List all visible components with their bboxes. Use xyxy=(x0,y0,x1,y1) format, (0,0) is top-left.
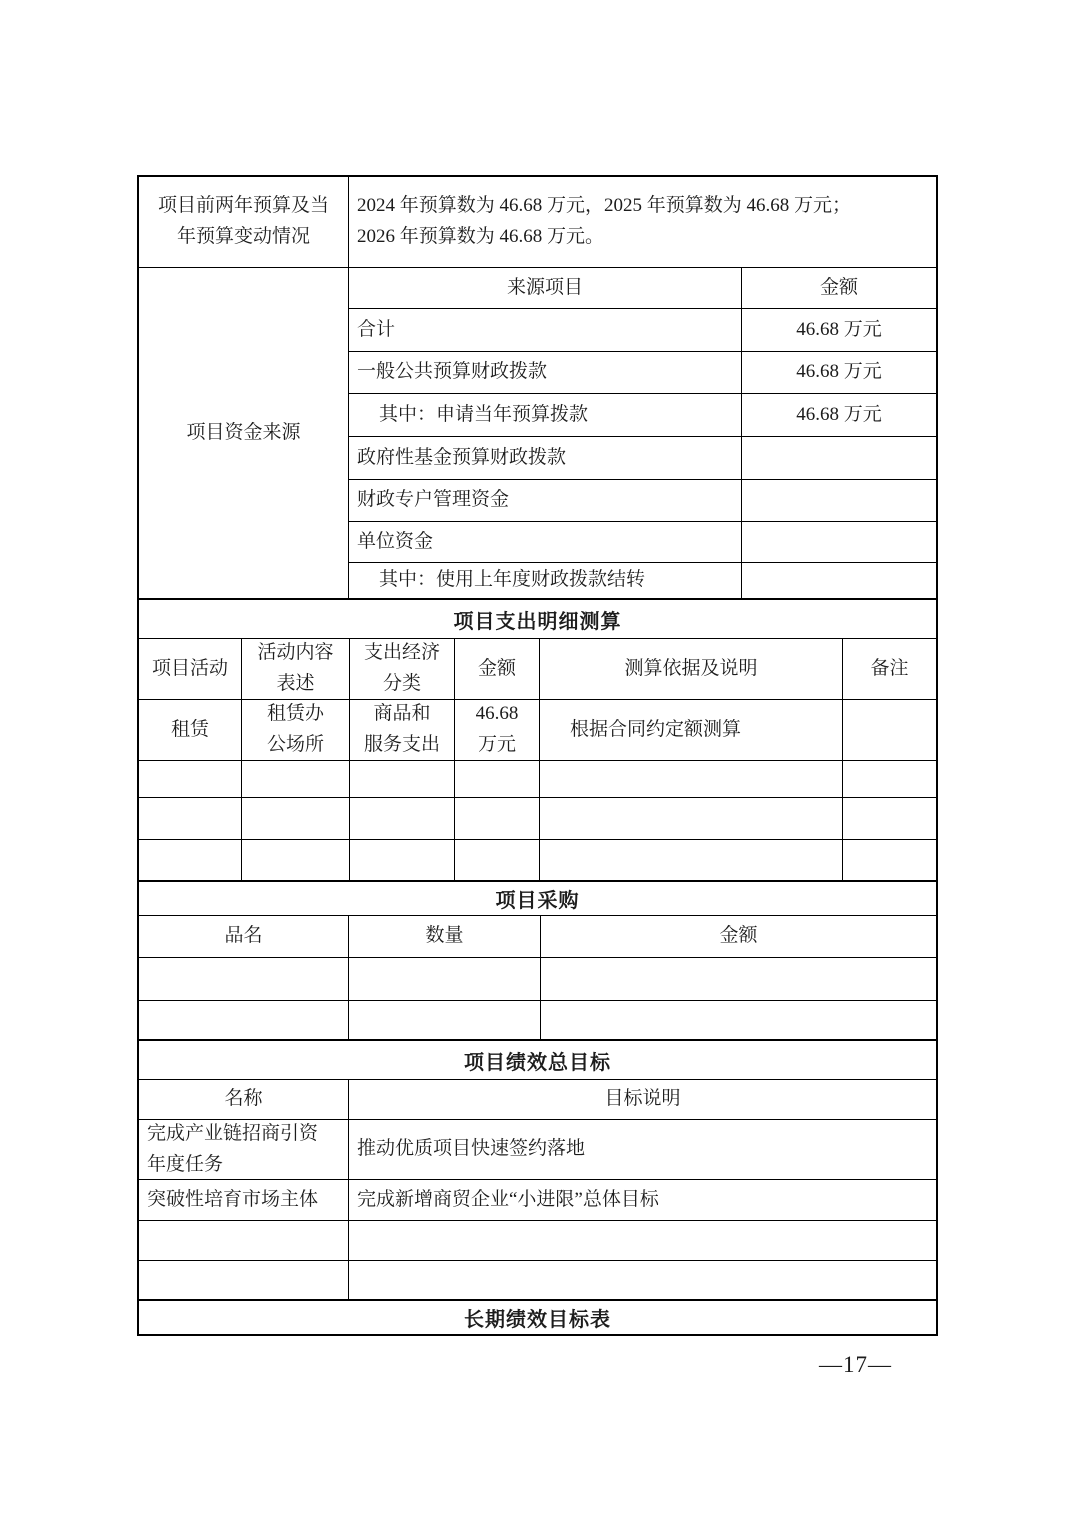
funding-row-total: 合计 46.68 万元 xyxy=(349,308,936,351)
performance-goal-desc: 推动优质项目快速签约落地 xyxy=(349,1120,936,1179)
expense-activity: 租赁 xyxy=(139,700,242,760)
procurement-item-amount xyxy=(541,1001,936,1039)
page-number: —17— xyxy=(819,1352,892,1378)
expense-note xyxy=(843,700,936,760)
expense-amount xyxy=(455,840,540,880)
performance-goal-name xyxy=(139,1221,349,1260)
expense-detail-row xyxy=(139,760,936,797)
expense-header-category: 支出经济 分类 xyxy=(350,639,455,699)
expense-detail-row xyxy=(139,797,936,839)
procurement-header-row: 品名 数量 金额 xyxy=(139,915,936,957)
performance-row xyxy=(139,1260,936,1299)
expense-note xyxy=(843,798,936,839)
funding-row-special-account: 财政专户管理资金 xyxy=(349,479,936,521)
funding-source-name: 其中：申请当年预算拨款 xyxy=(349,394,742,436)
expense-header-activity: 项目活动 xyxy=(139,639,242,699)
funding-row-carryover: 其中：使用上年度财政拨款结转 xyxy=(349,562,936,598)
performance-goal-name: 完成产业链招商引资 年度任务 xyxy=(139,1120,349,1179)
performance-title: 项目绩效总目标 xyxy=(139,1041,936,1079)
funding-source-name: 一般公共预算财政拨款 xyxy=(349,352,742,393)
performance-row xyxy=(139,1220,936,1260)
performance-row: 完成产业链招商引资 年度任务 推动优质项目快速签约落地 xyxy=(139,1119,936,1179)
procurement-title-row: 项目采购 xyxy=(139,880,936,915)
expense-amount: 46.68 万元 xyxy=(455,700,540,760)
procurement-item-quantity xyxy=(349,958,541,1000)
expense-category xyxy=(350,798,455,839)
funding-source-amount: 46.68 万元 xyxy=(742,394,936,436)
procurement-header-amount: 金额 xyxy=(541,916,936,957)
expense-detail-row: 租赁 租赁办 公场所 商品和 服务支出 46.68 万元 根据合同约定额测算 xyxy=(139,699,936,760)
funding-source-name: 政府性基金预算财政拨款 xyxy=(349,437,742,479)
expense-content xyxy=(242,798,350,839)
performance-goal-name: 突破性培育市场主体 xyxy=(139,1180,349,1220)
funding-source-name: 合计 xyxy=(349,309,742,351)
funding-header-source: 来源项目 xyxy=(349,268,742,308)
longterm-title-row: 长期绩效目标表 xyxy=(139,1299,936,1334)
expense-content xyxy=(242,761,350,797)
performance-goal-desc: 完成新增商贸企业“小进限”总体目标 xyxy=(349,1180,936,1220)
expense-basis xyxy=(540,798,843,839)
expense-amount xyxy=(455,798,540,839)
procurement-row xyxy=(139,957,936,1000)
procurement-header-name: 品名 xyxy=(139,916,349,957)
procurement-item-quantity xyxy=(349,1001,541,1039)
performance-header-name: 名称 xyxy=(139,1080,349,1119)
procurement-row xyxy=(139,1000,936,1039)
expense-category xyxy=(350,761,455,797)
expense-activity xyxy=(139,798,242,839)
expense-header-basis: 测算依据及说明 xyxy=(540,639,843,699)
funding-row-gov-fund: 政府性基金预算财政拨款 xyxy=(349,436,936,479)
procurement-item-name xyxy=(139,958,349,1000)
expense-header-note: 备注 xyxy=(843,639,936,699)
performance-title-row: 项目绩效总目标 xyxy=(139,1039,936,1079)
expense-header-amount: 金额 xyxy=(455,639,540,699)
expense-basis xyxy=(540,840,843,880)
funding-source-name: 单位资金 xyxy=(349,522,742,562)
funding-header-row: 来源项目 金额 xyxy=(349,268,936,308)
procurement-title: 项目采购 xyxy=(139,882,936,915)
performance-goal-desc xyxy=(349,1221,936,1260)
performance-header-row: 名称 目标说明 xyxy=(139,1079,936,1119)
funding-source-name: 其中：使用上年度财政拨款结转 xyxy=(349,563,742,598)
prior-budget-row: 项目前两年预算及当 年预算变动情况 2024 年预算数为 46.68 万元，20… xyxy=(139,177,936,267)
expense-basis: 根据合同约定额测算 xyxy=(540,700,843,760)
performance-goal-name xyxy=(139,1261,349,1299)
performance-goal-desc xyxy=(349,1261,936,1299)
expense-note xyxy=(843,761,936,797)
funding-row-current-year: 其中：申请当年预算拨款 46.68 万元 xyxy=(349,393,936,436)
funding-source-amount xyxy=(742,480,936,521)
expense-detail-row xyxy=(139,839,936,880)
performance-header-desc: 目标说明 xyxy=(349,1080,936,1119)
prior-budget-label: 项目前两年预算及当 年预算变动情况 xyxy=(139,177,349,267)
funding-row-unit-funds: 单位资金 xyxy=(349,521,936,562)
budget-project-table: 项目前两年预算及当 年预算变动情况 2024 年预算数为 46.68 万元，20… xyxy=(137,175,938,1336)
expense-detail-header-row: 项目活动 活动内容 表述 支出经济 分类 金额 测算依据及说明 备注 xyxy=(139,638,936,699)
procurement-item-name xyxy=(139,1001,349,1039)
procurement-header-quantity: 数量 xyxy=(349,916,541,957)
expense-basis xyxy=(540,761,843,797)
funding-section-label: 项目资金来源 xyxy=(139,268,349,598)
funding-source-amount: 46.68 万元 xyxy=(742,309,936,351)
expense-activity xyxy=(139,761,242,797)
performance-row: 突破性培育市场主体 完成新增商贸企业“小进限”总体目标 xyxy=(139,1179,936,1220)
longterm-title: 长期绩效目标表 xyxy=(139,1301,936,1334)
funding-section: 项目资金来源 来源项目 金额 合计 46.68 万元 一般公共预算财政拨款 46… xyxy=(139,267,936,598)
expense-note xyxy=(843,840,936,880)
funding-source-amount: 46.68 万元 xyxy=(742,352,936,393)
expense-detail-title: 项目支出明细测算 xyxy=(139,600,936,638)
procurement-item-amount xyxy=(541,958,936,1000)
expense-activity xyxy=(139,840,242,880)
expense-amount xyxy=(455,761,540,797)
expense-category xyxy=(350,840,455,880)
funding-source-name: 财政专户管理资金 xyxy=(349,480,742,521)
funding-source-amount xyxy=(742,522,936,562)
funding-row-general-public: 一般公共预算财政拨款 46.68 万元 xyxy=(349,351,936,393)
expense-content xyxy=(242,840,350,880)
expense-detail-title-row: 项目支出明细测算 xyxy=(139,598,936,638)
funding-source-amount xyxy=(742,437,936,479)
prior-budget-value: 2024 年预算数为 46.68 万元，2025 年预算数为 46.68 万元；… xyxy=(349,177,936,267)
funding-header-amount: 金额 xyxy=(742,268,936,308)
expense-category: 商品和 服务支出 xyxy=(350,700,455,760)
funding-source-amount xyxy=(742,563,936,598)
expense-header-content: 活动内容 表述 xyxy=(242,639,350,699)
expense-content: 租赁办 公场所 xyxy=(242,700,350,760)
